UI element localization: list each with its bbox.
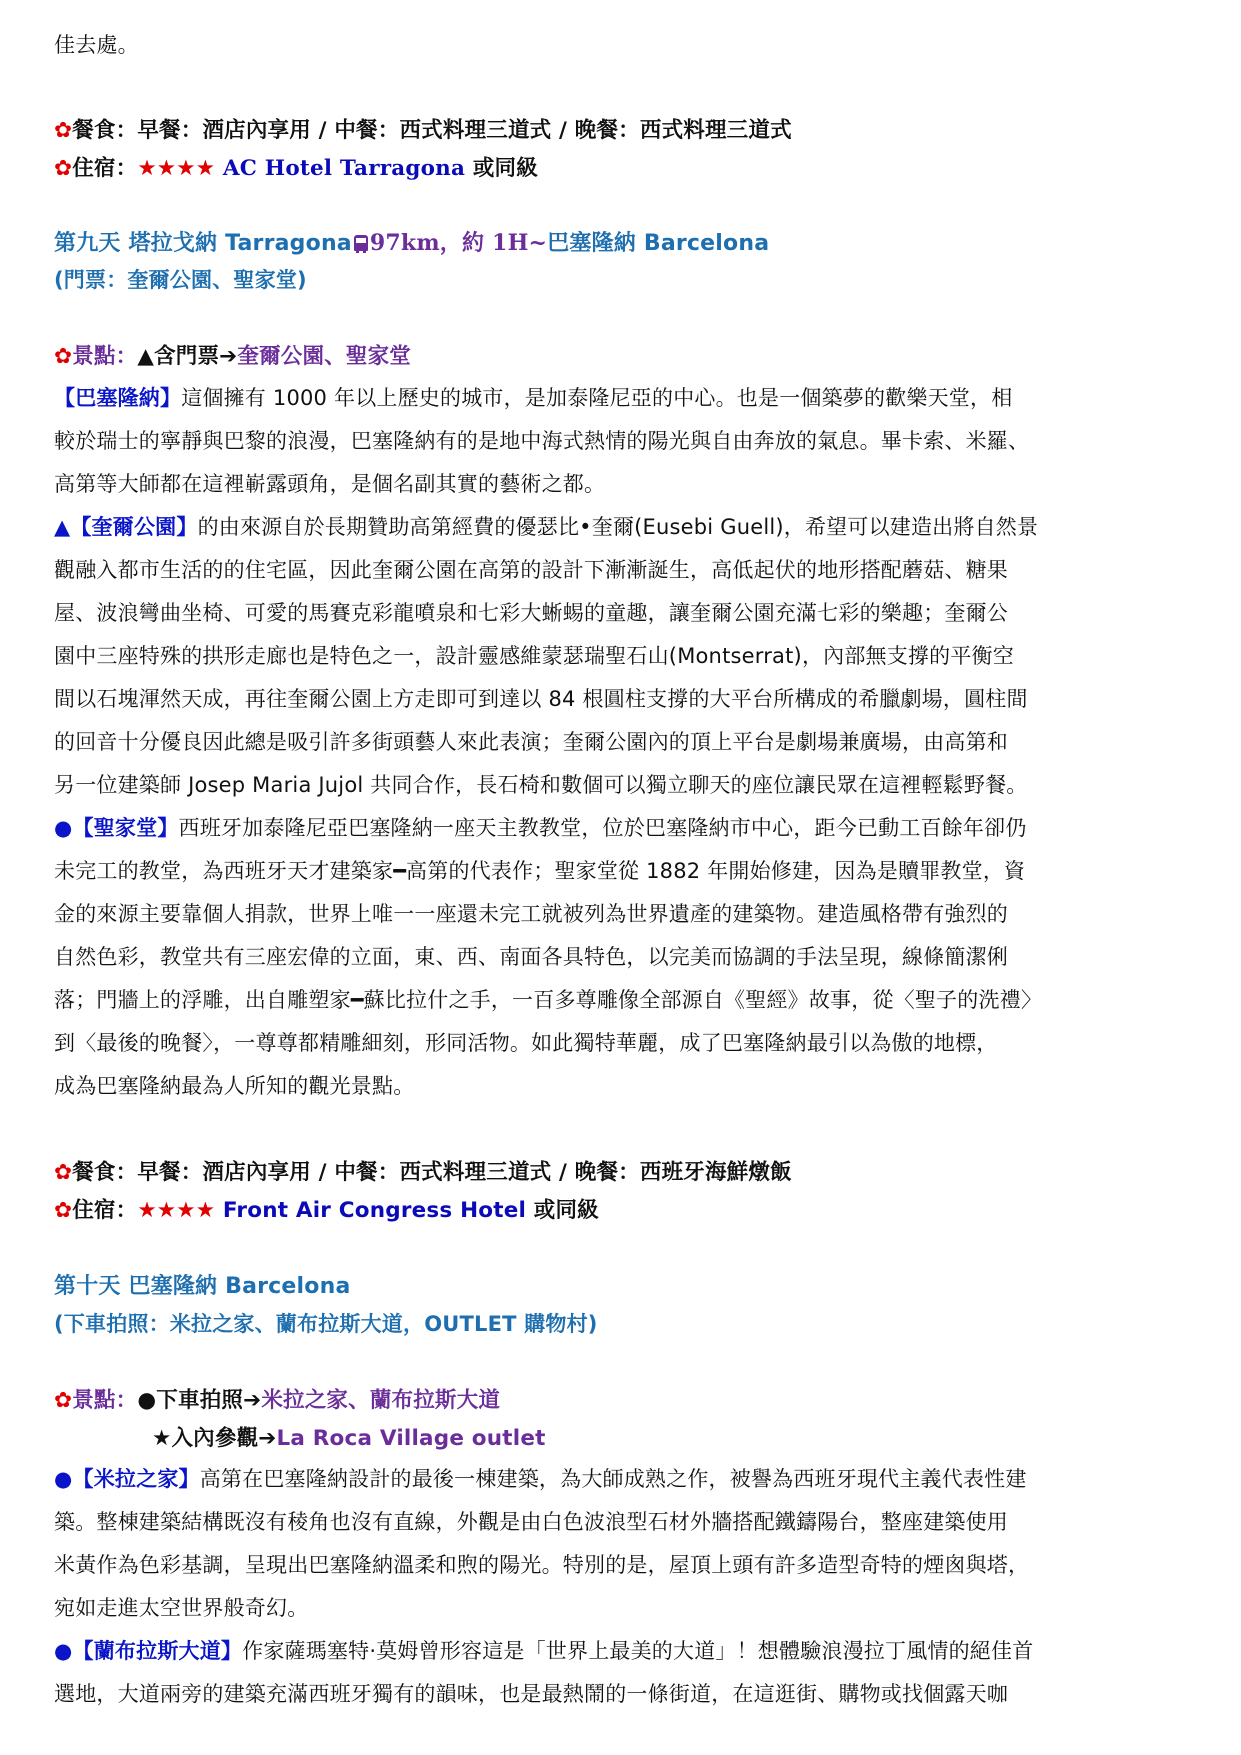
sights-list-visit: La Roca Village outlet xyxy=(277,1426,546,1451)
star-rating-icon: ★★★★ xyxy=(137,156,215,181)
guell-line-2: 觀融入都市生活的的住宅區，因此奎爾公園在高第的設計下漸漸誕生，高低起伏的地形搭配… xyxy=(54,555,1008,585)
hotel-line: ✿住宿：★★★★ Front Air Congress Hotel 或同級 xyxy=(54,1196,599,1226)
sagrada-line-4: 自然色彩，教堂共有三座宏偉的立面，東、西、南面各具特色，以完美而協調的手法呈現，… xyxy=(54,942,1008,972)
guell-tag: ▲【奎爾公園】 xyxy=(54,515,198,539)
mila-line-1: ●【米拉之家】高第在巴塞隆納設計的最後一棟建築，為大師成熟之作，被譽為西班牙現代… xyxy=(54,1464,1027,1494)
sagrada-tag: ●【聖家堂】 xyxy=(54,816,179,840)
sights-prefix-photo: ●下車拍照➔ xyxy=(137,1388,261,1413)
mila-line-4: 宛如走進太空世界般奇幻。 xyxy=(54,1593,308,1623)
rambla-tag: ●【蘭布拉斯大道】 xyxy=(54,1639,242,1663)
meals-line: ✿餐食：早餐：酒店內享用 / 中餐：西式料理三道式 / 晚餐：西式料理三道式 xyxy=(54,116,792,146)
day10-title: 第十天 巴塞隆納 Barcelona xyxy=(54,1272,351,1302)
day9-title: 第九天 塔拉戈納 Tarragona97km，約 1H~巴塞隆納 Barcelo… xyxy=(54,228,769,259)
rambla-line-2: 選地，大道兩旁的建築充滿西班牙獨有的韻味，也是最熱鬧的一條街道，在這逛街、購物或… xyxy=(54,1679,1008,1709)
day10-subtitle: (下車拍照：米拉之家、蘭布拉斯大道，OUTLET 購物村) xyxy=(54,1309,598,1339)
sagrada-line-2: 未完工的教堂，為西班牙天才建築家━高第的代表作；聖家堂從 1882 年開始修建，… xyxy=(54,856,1025,886)
sagrada-line-5: 落；門牆上的浮雕，出自雕塑家━蘇比拉什之手，一百多尊雕像全部源自《聖經》故事，從… xyxy=(54,985,1042,1015)
sights-prefix: ▲含門票➔ xyxy=(137,344,237,369)
hotel-label: 住宿： xyxy=(72,1198,137,1223)
sagrada-line-1: ●【聖家堂】西班牙加泰隆尼亞巴塞隆納一座天主教教堂，位於巴塞隆納市中心，距今已動… xyxy=(54,813,1027,843)
barcelona-line-1: 【巴塞隆納】這個擁有 1000 年以上歷史的城市，是加泰隆尼亞的中心。也是一個築… xyxy=(54,383,1012,413)
barcelona-tag: 【巴塞隆納】 xyxy=(54,386,181,410)
hotel-suffix: 或同級 xyxy=(473,156,538,181)
day9-distance: 97km，約 1H~ xyxy=(370,230,547,256)
guell-line-6: 的回音十分優良因此總是吸引許多街頭藝人來此表演；奎爾公園內的頂上平台是劇場兼廣場… xyxy=(54,727,1008,757)
flower-icon: ✿ xyxy=(54,1198,72,1223)
intro-tail: 佳去處。 xyxy=(54,30,139,60)
star-rating-icon: ★★★★ xyxy=(137,1198,215,1223)
guell-line-4: 園中三座特殊的拱形走廊也是特色之一，設計靈感維蒙瑟瑞聖石山(Montserrat… xyxy=(54,641,1014,671)
sagrada-line-6: 到〈最後的晚餐〉，一尊尊都精雕細刻，形同活物。如此獨特華麗，成了巴塞隆納最引以為… xyxy=(54,1028,998,1058)
hotel-name: Front Air Congress Hotel xyxy=(223,1198,526,1223)
guell-line-7: 另一位建築師 Josep Maria Jujol 共同合作，長石椅和數個可以獨立… xyxy=(54,770,1027,800)
hotel-suffix: 或同級 xyxy=(534,1198,599,1223)
day9-title-dest: 巴塞隆納 Barcelona xyxy=(547,231,769,256)
day10-sights-line-1: ✿景點：●下車拍照➔米拉之家、蘭布拉斯大道 xyxy=(54,1386,500,1416)
day9-title-route: 第九天 塔拉戈納 Tarragona xyxy=(54,231,352,256)
sagrada-line-7: 成為巴塞隆納最為人所知的觀光景點。 xyxy=(54,1071,414,1101)
flower-icon: ✿ xyxy=(54,344,72,369)
mila-line-3: 米黃作為色彩基調，呈現出巴塞隆納溫柔和煦的陽光。特別的是，屋頂上頭有許多造型奇特… xyxy=(54,1550,1029,1580)
flower-icon: ✿ xyxy=(54,118,72,143)
sights-label: 景點： xyxy=(72,344,137,369)
sights-list-photo: 米拉之家、蘭布拉斯大道 xyxy=(261,1388,500,1413)
meals-label: 餐食： xyxy=(72,1160,137,1185)
sagrada-line-3: 金的來源主要靠個人捐款，世界上唯一一座還未完工就被列為世界遺產的建築物。建造風格… xyxy=(54,899,1008,929)
rambla-line-1: ●【蘭布拉斯大道】作家薩瑪塞特·莫姆曾形容這是「世界上最美的大道」！想體驗浪漫拉… xyxy=(54,1636,1033,1666)
barcelona-line-3: 高第等大師都在這裡嶄露頭角，是個名副其實的藝術之都。 xyxy=(54,469,605,499)
meals-text: 早餐：酒店內享用 / 中餐：西式料理三道式 / 晚餐：西式料理三道式 xyxy=(137,118,791,143)
hotel-name: AC Hotel Tarragona xyxy=(223,156,465,181)
hotel-label: 住宿： xyxy=(72,156,137,181)
meals-label: 餐食： xyxy=(72,118,137,143)
flower-icon: ✿ xyxy=(54,1160,72,1185)
hotel-line: ✿住宿：★★★★ AC Hotel Tarragona 或同級 xyxy=(54,154,538,184)
mila-line-2: 築。整棟建築結構既沒有稜角也沒有直線，外觀是由白色波浪型石材外牆搭配鐵鑄陽台，整… xyxy=(54,1507,1008,1537)
barcelona-line-2: 較於瑞士的寧靜與巴黎的浪漫，巴塞隆納有的是地中海式熱情的陽光與自由奔放的氣息。畢… xyxy=(54,426,1029,456)
sights-prefix-visit: ★入內參觀➔ xyxy=(152,1426,277,1451)
meals-line: ✿餐食：早餐：酒店內享用 / 中餐：西式料理三道式 / 晚餐：西班牙海鮮燉飯 xyxy=(54,1158,792,1188)
day10-sights-line-2: ★入內參觀➔La Roca Village outlet xyxy=(152,1424,546,1454)
mila-tag: ●【米拉之家】 xyxy=(54,1467,200,1491)
flower-icon: ✿ xyxy=(54,156,72,181)
guell-line-3: 屋、波浪彎曲坐椅、可愛的馬賽克彩龍噴泉和七彩大蜥蜴的童趣，讓奎爾公園充滿七彩的樂… xyxy=(54,598,1008,628)
sights-list: 奎爾公園、聖家堂 xyxy=(237,344,411,369)
day9-sights-line: ✿景點：▲含門票➔奎爾公園、聖家堂 xyxy=(54,342,411,372)
guell-line-5: 間以石塊渾然天成，再往奎爾公園上方走即可到達以 84 根圓柱支撐的大平台所構成的… xyxy=(54,684,1028,714)
meals-text: 早餐：酒店內享用 / 中餐：西式料理三道式 / 晚餐：西班牙海鮮燉飯 xyxy=(137,1160,791,1185)
guell-line-1: ▲【奎爾公園】的由來源自於長期贊助高第經費的優瑟比•奎爾(Eusebi Guel… xyxy=(54,512,1038,542)
sights-label: 景點： xyxy=(72,1388,137,1413)
bus-icon xyxy=(354,235,368,251)
day9-subtitle: (門票：奎爾公園、聖家堂) xyxy=(54,265,307,295)
flower-icon: ✿ xyxy=(54,1388,72,1413)
